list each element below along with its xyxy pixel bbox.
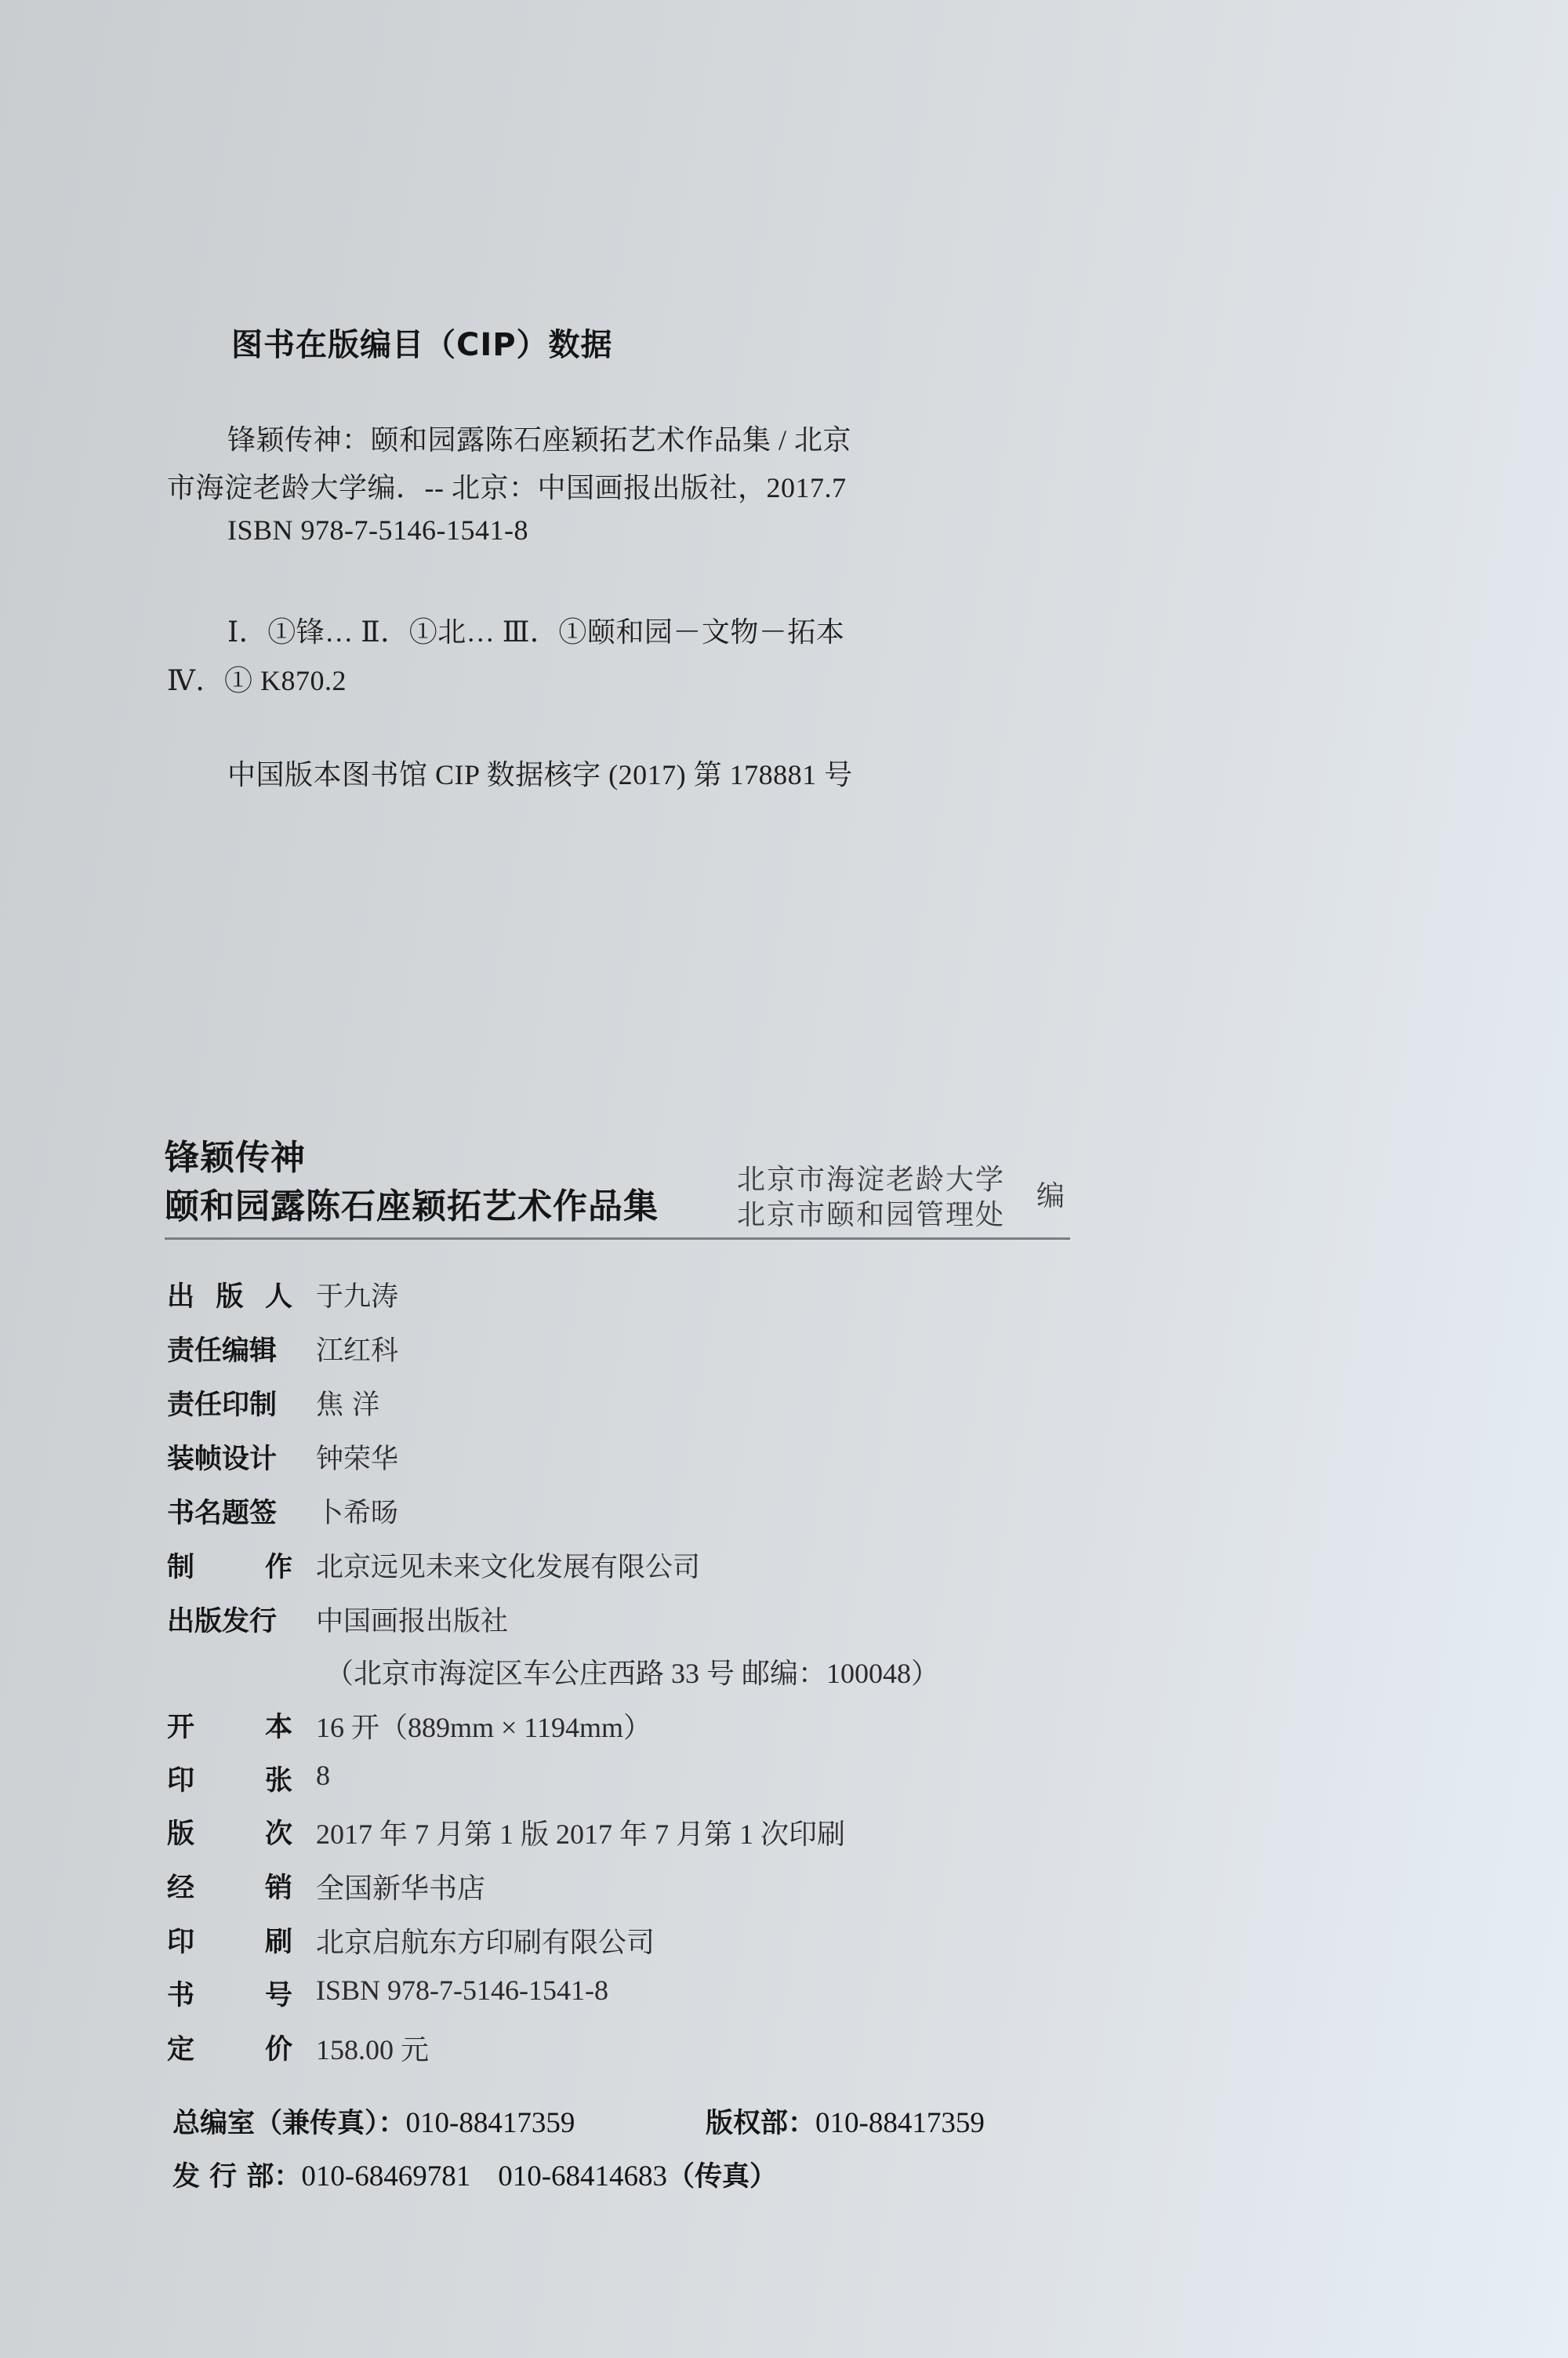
credit-label-part: 开 (167, 1706, 194, 1745)
credit-label: 出版人 (167, 1275, 292, 1314)
credit-label-part: 刷 (265, 1920, 292, 1960)
credit-label-part: 书名题签 (167, 1491, 277, 1531)
credit-label-part: 印 (167, 1759, 194, 1798)
credit-label-part: 印 (167, 1920, 194, 1960)
editor-suffix: 编 (1036, 1174, 1065, 1214)
editorial-office-phone: 010-88417359 (406, 2107, 575, 2139)
credit-label: 印张 (167, 1759, 292, 1798)
contact-copyright: 版权部：010-88417359 (706, 2102, 985, 2141)
credit-label-part: 书 (167, 1974, 194, 2013)
credit-label: 书名题签 (167, 1491, 292, 1531)
credit-label-part: 销 (265, 1866, 292, 1906)
credit-value: 卜希旸 (316, 1491, 398, 1531)
copyright-dept-phone: 010-88417359 (815, 2107, 985, 2139)
credit-value: 于九涛 (316, 1275, 398, 1314)
credit-value: 158.00 元 (316, 2028, 429, 2068)
editor-2: 北京市颐和园管理处 (737, 1193, 1005, 1233)
book-title-subtitle: 颐和园露陈石座颖拓艺术作品集 (165, 1178, 659, 1228)
credit-label: 版次 (167, 1812, 292, 1851)
credit-label-part: 出版发行 (167, 1600, 277, 1639)
cip-approval-number: 中国版本图书馆 CIP 数据核字 (2017) 第 178881 号 (227, 753, 853, 793)
copyright-page: 图书在版编目（CIP）数据 锋颖传神：颐和园露陈石座颖拓艺术作品集 / 北京 市… (0, 0, 1568, 2358)
credit-label: 装帧设计 (167, 1437, 292, 1477)
credit-label: 经销 (167, 1866, 292, 1906)
editor-1: 北京市海淀老龄大学 (737, 1157, 1005, 1197)
credit-label: 出版发行 (167, 1600, 292, 1639)
credit-label: 印刷 (167, 1920, 292, 1960)
cip-heading: 图书在版编目（CIP）数据 (231, 320, 613, 365)
credit-value: 2017 年 7 月第 1 版 2017 年 7 月第 1 次印刷 (316, 1812, 845, 1852)
credit-value: 北京远见未来文化发展有限公司 (316, 1546, 700, 1585)
contact-line-2: 发 行 部：010-68469781 010-68414683（传真） (172, 2155, 777, 2194)
distribution-dept-phone: 010-68469781 (301, 2160, 470, 2193)
credit-label-part: 出 (167, 1275, 194, 1314)
distribution-dept-label: 发 行 部： (172, 2161, 301, 2193)
credit-label: 责任编辑 (167, 1329, 292, 1368)
credit-label-part: 责任编辑 (167, 1329, 277, 1368)
credit-label-part: 次 (265, 1812, 292, 1851)
credit-value: 钟荣华 (316, 1437, 398, 1477)
credit-label-part: 制 (167, 1546, 194, 1585)
credit-label: 书号 (167, 1974, 292, 2013)
title-divider (165, 1237, 1070, 1240)
cip-record-line2: 市海淀老龄大学编．-- 北京：中国画报出版社，2017.7 (167, 466, 846, 506)
cip-classification-line1: Ⅰ．①锋… Ⅱ．①北… Ⅲ．①颐和园－文物－拓本 (227, 610, 844, 650)
credit-label-part: 版 (216, 1275, 243, 1314)
credit-label-part: 定 (167, 2028, 194, 2067)
book-title-main: 锋颖传神 (165, 1129, 306, 1179)
credit-value: 中国画报出版社 (316, 1600, 508, 1639)
credit-label-part: 本 (265, 1706, 292, 1745)
credit-value: 16 开（889mm × 1194mm） (316, 1706, 652, 1746)
credit-label-part: 张 (265, 1759, 292, 1798)
credit-label-part: 版 (167, 1812, 194, 1851)
credit-label-part: 价 (265, 2028, 292, 2067)
credit-value: 江红科 (316, 1329, 398, 1368)
distribution-dept-fax: 010-68414683 (498, 2160, 667, 2193)
cip-classification-line2: Ⅳ．① K870.2 (167, 659, 347, 699)
credit-value: 焦 洋 (316, 1383, 379, 1422)
editorial-office-label: 总编室（兼传真）： (172, 2108, 406, 2139)
credit-value: ISBN 978-7-5146-1541-8 (316, 1974, 608, 2007)
credit-value: （北京市海淀区车公庄西路 33 号 邮编：100048） (325, 1651, 939, 1691)
credit-label-part: 经 (167, 1866, 194, 1906)
credit-value: 8 (316, 1759, 330, 1792)
credit-label: 制作 (167, 1546, 292, 1585)
credit-value: 北京启航东方印刷有限公司 (316, 1920, 655, 1960)
cip-isbn: ISBN 978-7-5146-1541-8 (227, 514, 528, 547)
credit-label-part: 装帧设计 (167, 1437, 277, 1477)
fax-note: （传真） (667, 2161, 777, 2193)
credit-label-part: 责任印制 (167, 1383, 277, 1422)
credit-label-part: 人 (265, 1275, 292, 1314)
credit-value: 全国新华书店 (316, 1866, 485, 1906)
contact-line-1: 总编室（兼传真）：010-88417359 (172, 2102, 575, 2141)
credit-label-part: 作 (265, 1546, 292, 1585)
credit-label-part: 号 (265, 1974, 292, 2013)
credit-label: 责任印制 (167, 1383, 292, 1422)
credit-label: 开本 (167, 1706, 292, 1745)
copyright-dept-label: 版权部： (706, 2108, 815, 2139)
credit-label: 定价 (167, 2028, 292, 2067)
cip-record-line1: 锋颖传神：颐和园露陈石座颖拓艺术作品集 / 北京 (227, 418, 851, 458)
